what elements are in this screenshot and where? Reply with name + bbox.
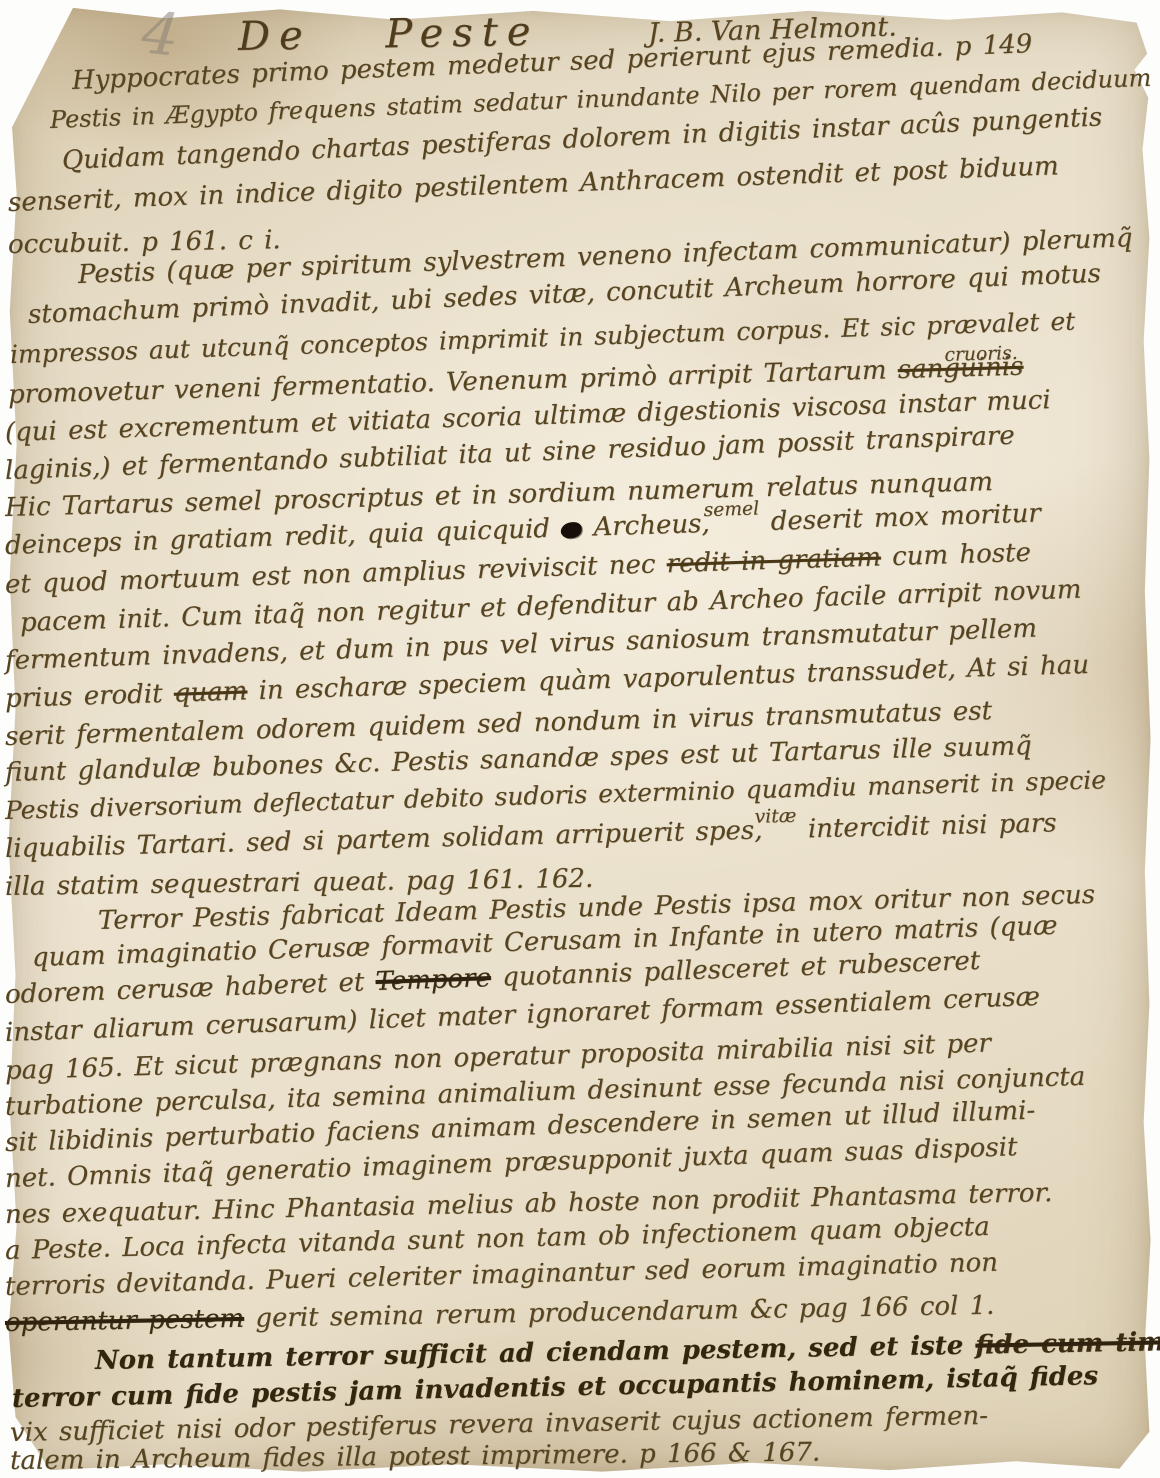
inserted-text: vitæ xyxy=(754,808,796,828)
pencil-folio-number: 4 xyxy=(139,0,183,70)
inserted-text: cruoris. xyxy=(944,345,1018,366)
manuscript-line: talem in Archeum fides illa potest impri… xyxy=(10,1440,820,1474)
inserted-text: semel xyxy=(703,500,759,520)
text-segment: cum hoste xyxy=(880,538,1031,573)
struck-text: quam xyxy=(173,676,247,708)
struck-text: operantur pestem xyxy=(5,1304,245,1338)
struck-text: Tempore xyxy=(375,963,491,997)
manuscript-photo: 4 De Peste J. B. Van Helmont. Hyppocrate… xyxy=(0,0,1160,1478)
text-segment: intercidit nisi pars xyxy=(796,808,1057,844)
ink-blot-icon xyxy=(561,522,582,539)
struck-text: fide cum timore xyxy=(975,1326,1160,1360)
text-segment: prius erodit xyxy=(5,679,175,714)
text-segment: Archeus, xyxy=(582,509,710,543)
